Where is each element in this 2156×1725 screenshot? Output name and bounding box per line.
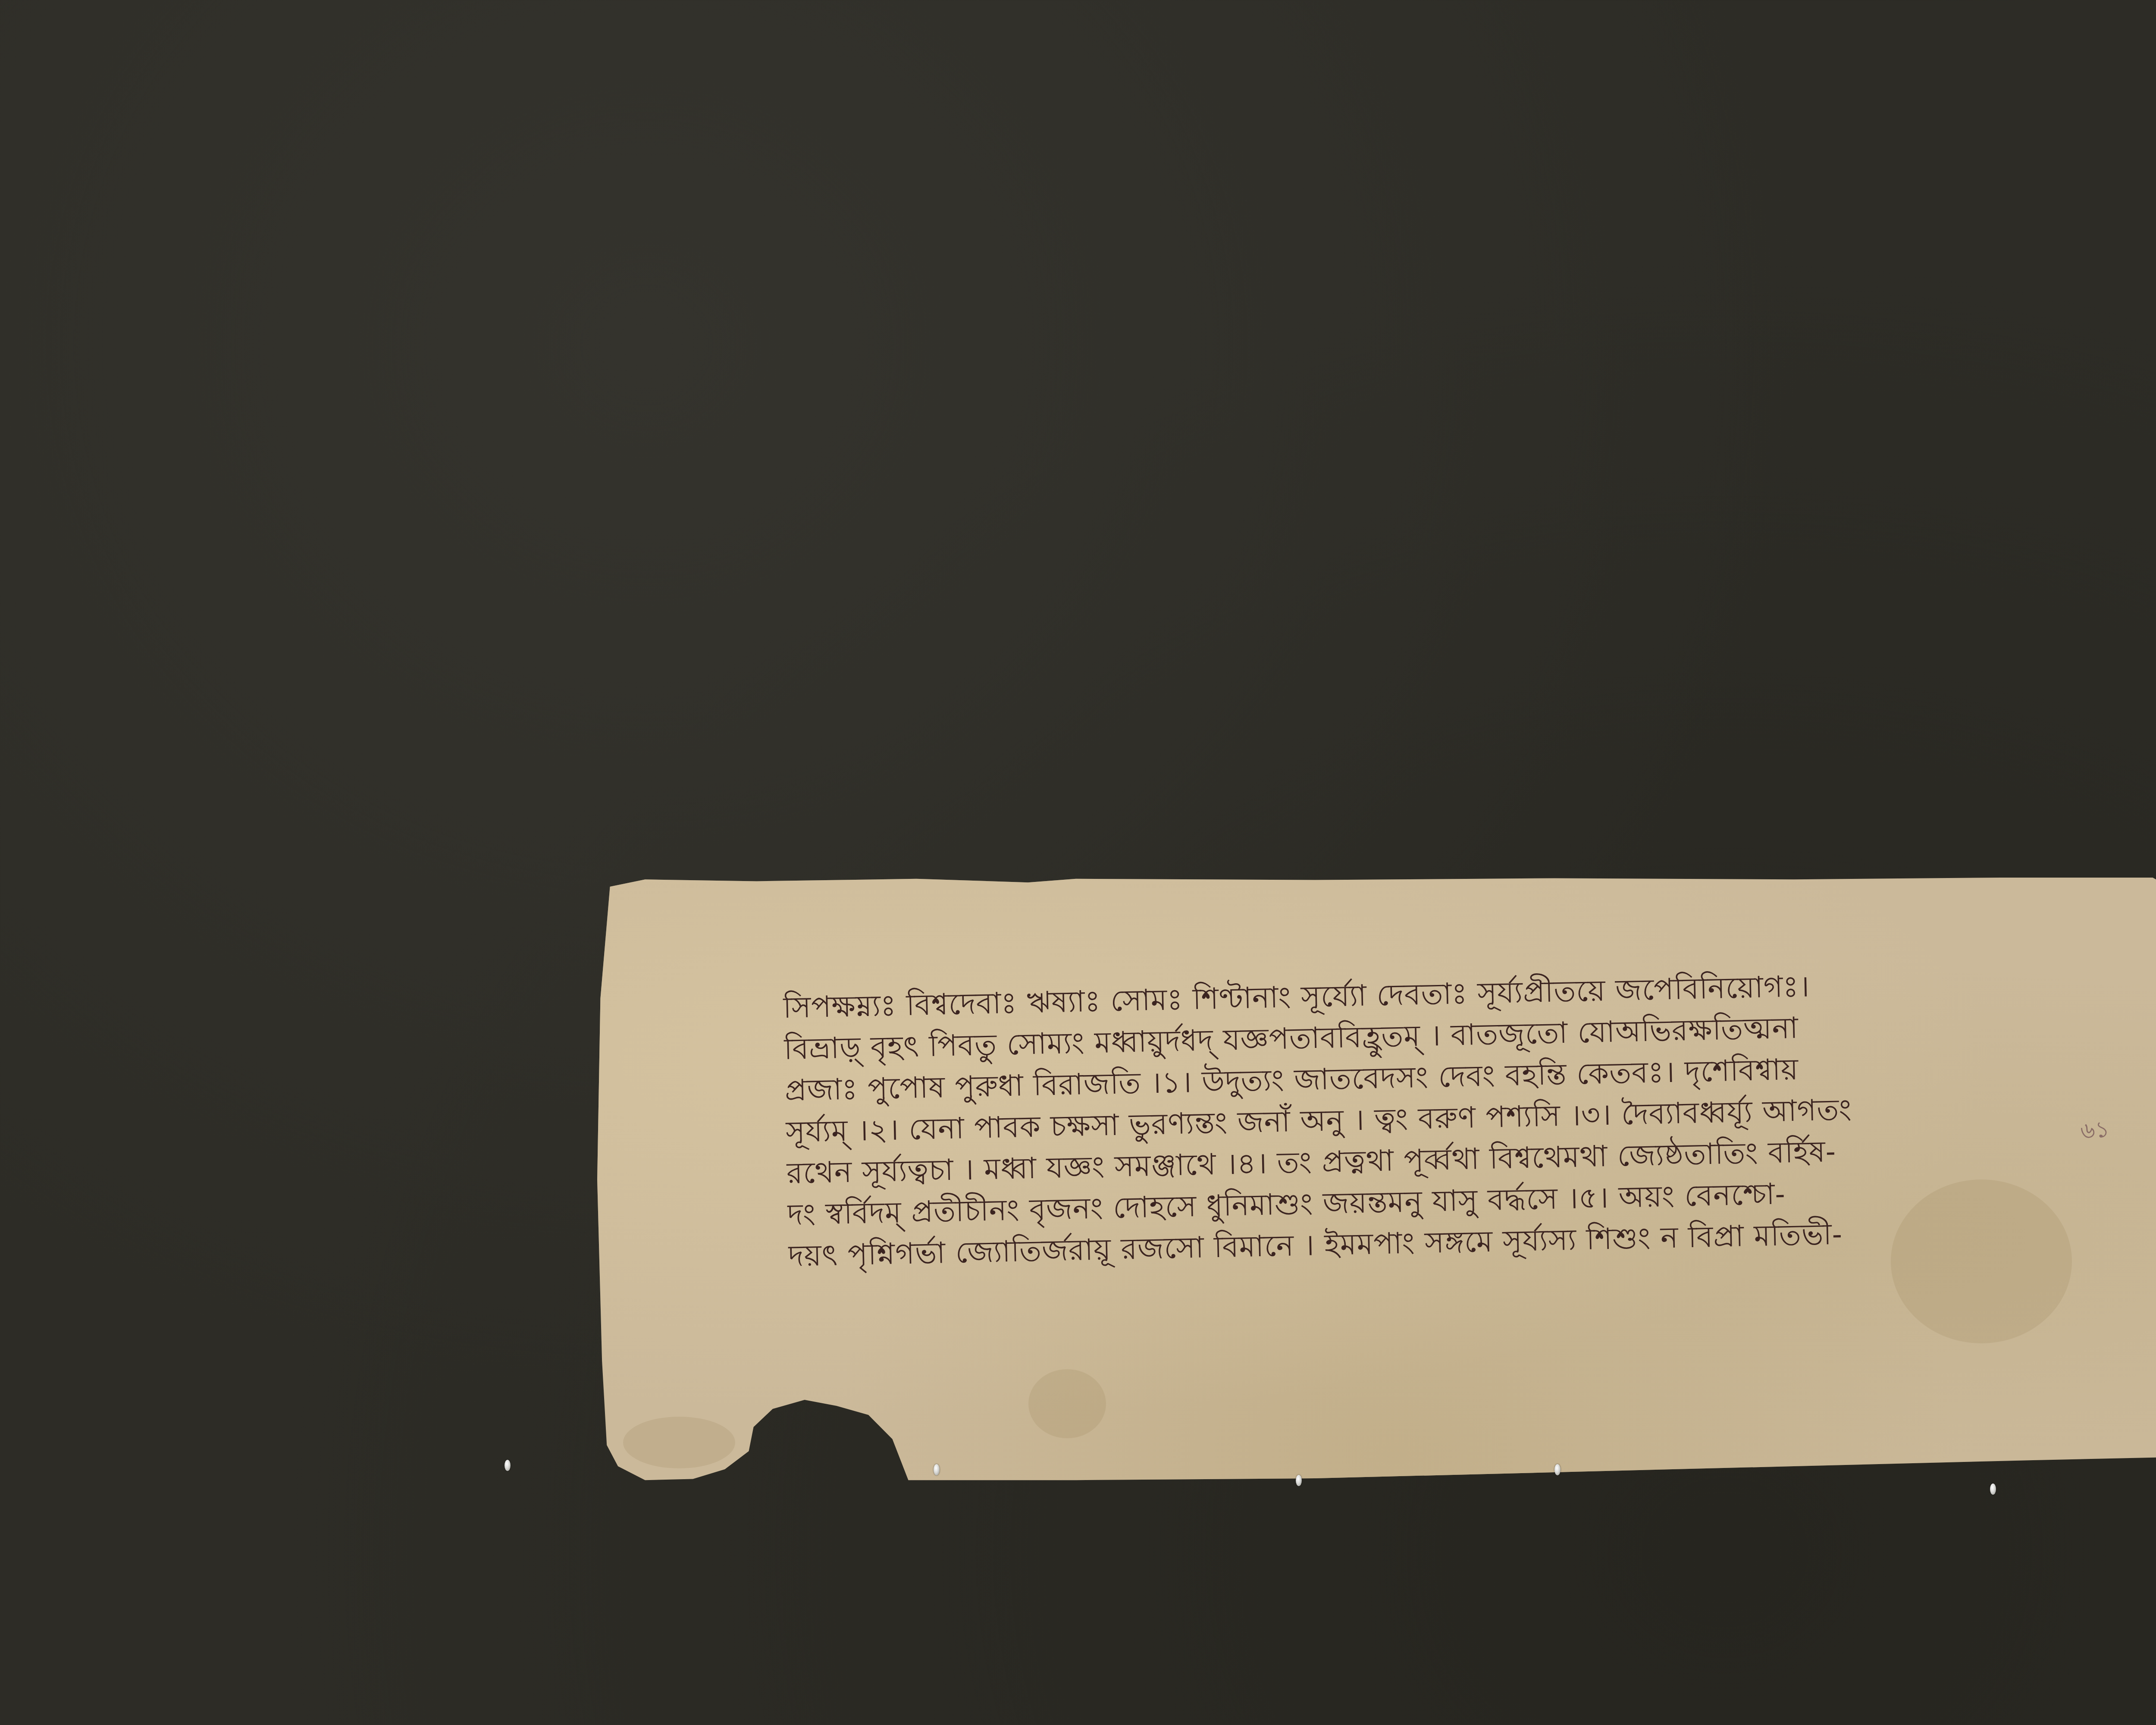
mounting-pin-icon bbox=[1296, 1475, 1302, 1486]
mounting-pin-icon bbox=[505, 1460, 511, 1471]
paper-stain bbox=[623, 1417, 735, 1468]
paper-stain bbox=[1028, 1369, 1106, 1438]
manuscript-text-block: সিপক্ষম্ন্যঃ বিশ্বদেবাঃ ঋষ্যাঃ সোমঃ শিণ্… bbox=[783, 961, 2060, 1277]
mounting-pin-icon bbox=[934, 1464, 940, 1475]
mounting-pin-icon bbox=[1554, 1464, 1561, 1475]
manuscript-leaf: সিপক্ষম্ন্যঃ বিশ্বদেবাঃ ঋষ্যাঃ সোমঃ শিণ্… bbox=[597, 878, 2156, 1481]
folio-number: ৬১ bbox=[2079, 1112, 2111, 1151]
photo-stage: সিপক্ষম্ন্যঃ বিশ্বদেবাঃ ঋষ্যাঃ সোমঃ শিণ্… bbox=[0, 0, 2156, 1725]
mounting-pin-icon bbox=[1990, 1483, 1996, 1495]
